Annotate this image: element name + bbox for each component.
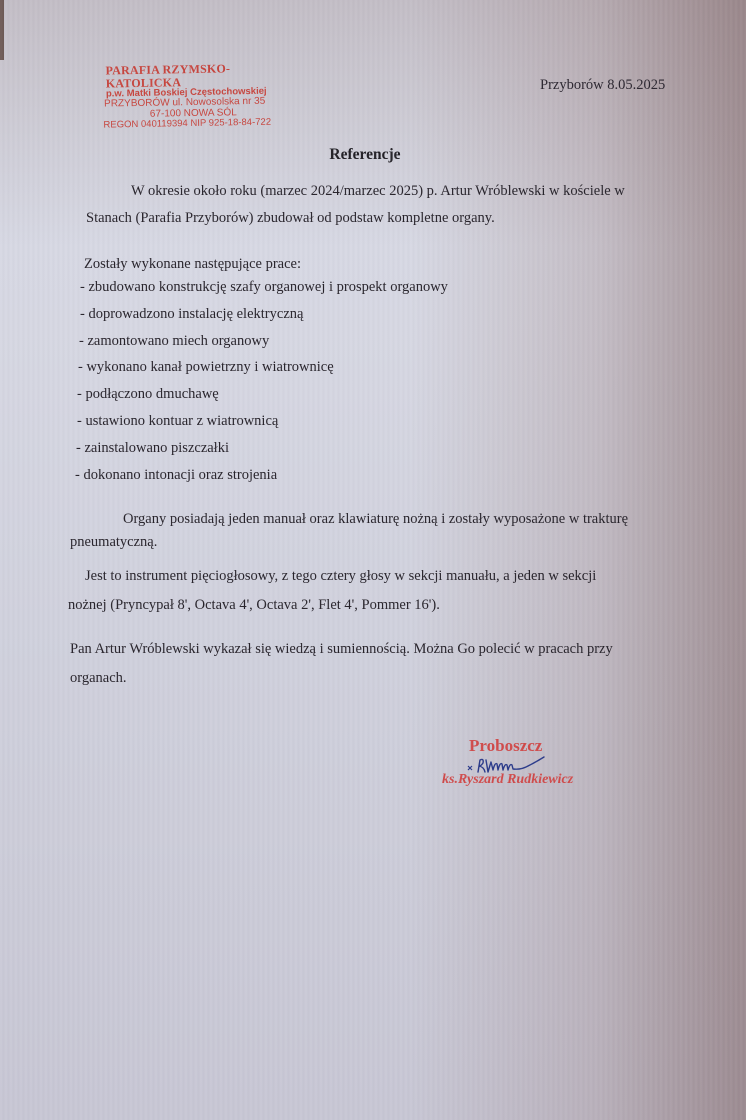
stamp-regon-nip: REGON 040119394 NIP 925-18-84-722 <box>98 117 288 130</box>
intro-line-2: Stanach (Parafia Przyborów) zbudował od … <box>86 210 495 227</box>
work-item: - zainstalowano piszczałki <box>76 440 229 457</box>
work-item: - dokonano intonacji oraz strojenia <box>75 467 277 484</box>
paragraph-3-line-1: Jest to instrument pięciogłosowy, z tego… <box>85 568 596 585</box>
document-date: Przyborów 8.05.2025 <box>540 77 665 94</box>
work-item: - wykonano kanał powietrzny i wiatrownic… <box>78 359 334 376</box>
paragraph-4-line-2: organach. <box>70 670 127 687</box>
signature-name: ks.Ryszard Rudkiewicz <box>442 772 573 788</box>
works-heading: Zostały wykonane następujące prace: <box>84 256 301 273</box>
work-item: - ustawiono kontuar z wiatrownicą <box>77 413 278 430</box>
intro-line-1: W okresie około roku (marzec 2024/marzec… <box>131 183 625 200</box>
paragraph-2-line-1: Organy posiadają jeden manuał oraz klawi… <box>123 511 628 528</box>
parish-stamp: PARAFIA RZYMSKO-KATOLICKA p.w. Matki Bos… <box>97 61 288 130</box>
document-title: Referencje <box>0 146 746 164</box>
paragraph-3-line-2: nożnej (Pryncypał 8', Octava 4', Octava … <box>68 597 440 614</box>
work-item: - zbudowano konstrukcję szafy organowej … <box>80 279 448 296</box>
work-item: - podłączono dmuchawę <box>77 386 219 403</box>
work-item: - zamontowano miech organowy <box>79 333 269 350</box>
paragraph-4-line-1: Pan Artur Wróblewski wykazał się wiedzą … <box>70 641 613 658</box>
signature-title: Proboszcz <box>469 736 542 756</box>
paragraph-2-line-2: pneumatyczną. <box>70 534 157 551</box>
paper-document: PARAFIA RZYMSKO-KATOLICKA p.w. Matki Bos… <box>0 0 746 1120</box>
work-item: - doprowadzono instalację elektryczną <box>80 306 303 323</box>
